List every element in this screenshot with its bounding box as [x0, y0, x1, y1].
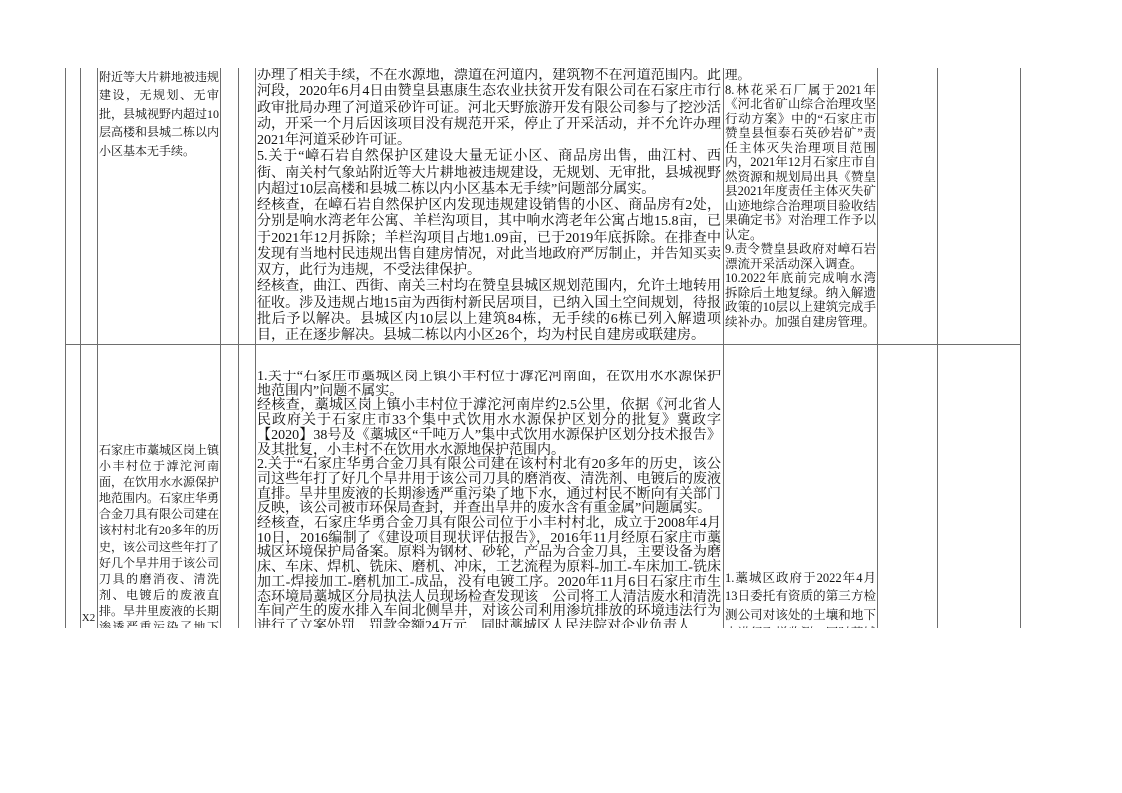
table-gridline-vertical-5 [238, 68, 239, 628]
table-visible-region: 附近等大片耕地被违规建设，无规划、无审批，县城视野内超过10层高楼和县城二栋以内… [65, 68, 1021, 628]
table-gridline-vertical-10 [1020, 68, 1021, 628]
table-gridline-vertical-8 [877, 68, 878, 628]
table-gridline-vertical-6 [255, 68, 256, 628]
row2-id-label: X2 [80, 612, 97, 624]
table-gridline-vertical-7 [723, 68, 724, 628]
table-gridline-vertical-2 [80, 68, 81, 628]
document-page: 附近等大片耕地被违规建设，无规划、无审批，县城视野内超过10层高楼和县城二栋以内… [0, 0, 1122, 793]
row1-measures-cell: 理。 8.林花采石厂属于2021年《河北省矿山综合治理攻坚行动方案》中的“石家庄… [725, 68, 876, 343]
table-gridline-vertical-3 [97, 68, 98, 628]
row2-problem-summary-cell: 石家庄市藁城区岗上镇小丰村位于滹沱河南面，在饮用水水源保护地范围内。石家庄华勇合… [99, 442, 219, 628]
row1-verification-detail-cell: 办理了相关手续，不在水源地，漂道在河道内，建筑物不在河道范围内。此河段，2020… [257, 68, 721, 343]
table-gridline-vertical-9 [937, 68, 938, 628]
table-row-separator-line [65, 344, 1021, 345]
row1-problem-summary-cell: 附近等大片耕地被违规建设，无规划、无审批，县城视野内超过10层高楼和县城二栋以内… [99, 68, 219, 343]
table-gridline-vertical-1 [65, 68, 66, 628]
row2-verification-detail-cell: 1.关于“石家庄市藁城区岗上镇小丰村位于滹沱河南面，在饮用水水源保护地范围内”问… [257, 370, 721, 628]
table-gridline-vertical-4 [220, 68, 221, 628]
row2-measures-cell: 1.藁城区政府于2022年4月13日委托有资质的第三方检测公司对该处的土壤和地下… [725, 569, 876, 628]
